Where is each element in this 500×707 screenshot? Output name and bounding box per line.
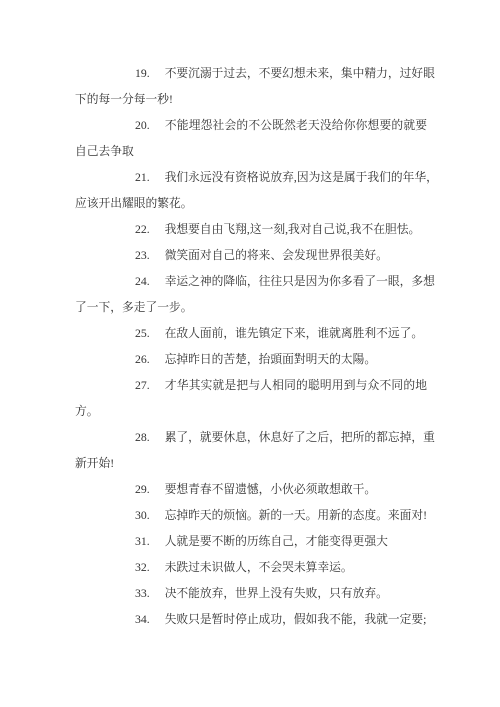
quote-line: 27.才华其实就是把与人相同的聪明用到与众不同的地 [75,373,427,399]
quote-line: 24.幸运之神的降临，往往只是因为你多看了一眼，多想 [75,269,427,295]
quote-text: 累了，就要休息，休息好了之后，把所的都忘掉，重 [165,431,435,444]
quote-text: 在敌人面前，谁先镇定下来，谁就离胜利不远了。 [165,327,424,340]
quote-number: 34. [135,613,150,626]
quote-item: 33.决不能放弃，世界上没有失败，只有放弃。 [75,581,427,607]
quote-line: 28.累了，就要休息，休息好了之后，把所的都忘掉，重 [75,425,427,451]
quote-number: 31. [135,535,150,548]
quote-number: 23. [135,249,150,262]
quote-item: 26.忘掉昨日的苦楚，抬頭面對明天的太陽。 [75,347,427,373]
quote-line: 32.未跌过未识做人，不会哭未算幸运。 [75,555,427,581]
document-page: 19.不要沉溺于过去，不要幻想未来，集中精力，过好眼下的每一分每一秒!20.不能… [0,0,500,707]
quote-text: 我想要自由飞翔,这一刻,我对自己说,我不在胆怯。 [165,223,421,236]
quote-item: 24.幸运之神的降临，往往只是因为你多看了一眼，多想了一下，多走了一步。 [75,269,427,321]
quote-number: 33. [135,587,150,600]
quote-text: 忘掉昨天的烦恼。新的一天。用新的态度。来面对! [165,509,427,522]
quote-line: 下的每一分每一秒! [75,87,427,113]
quote-text: 幸运之神的降临，往往只是因为你多看了一眼，多想 [165,275,435,288]
quote-line: 19.不要沉溺于过去，不要幻想未来，集中精力，过好眼 [75,61,427,87]
quote-number: 25. [135,327,150,340]
quote-item: 21.我们永远没有资格说放弃,因为这是属于我们的年华，应该开出耀眼的繁花。 [75,165,427,217]
quote-text: 忘掉昨日的苦楚，抬頭面對明天的太陽。 [165,353,377,366]
quote-number: 30. [135,509,150,522]
quote-item: 19.不要沉溺于过去，不要幻想未来，集中精力，过好眼下的每一分每一秒! [75,61,427,113]
quote-number: 19. [135,67,150,80]
quote-number: 29. [135,483,150,496]
quote-line: 25.在敌人面前，谁先镇定下来，谁就离胜利不远了。 [75,321,427,347]
quote-text: 不要沉溺于过去，不要幻想未来，集中精力，过好眼 [165,67,435,80]
quote-item: 22.我想要自由飞翔,这一刻,我对自己说,我不在胆怯。 [75,217,427,243]
quote-line: 了一下，多走了一步。 [75,295,427,321]
quote-line: 自己去争取 [75,139,427,165]
quote-number: 24. [135,275,150,288]
quote-number: 26. [135,353,150,366]
quote-line: 方。 [75,399,427,425]
quote-text: 微笑面对自己的将来、会发现世界很美好。 [165,249,388,262]
quote-text: 才华其实就是把与人相同的聪明用到与众不同的地 [165,379,427,392]
quote-item: 29.要想青春不留遗憾，小伙必须敢想敢干。 [75,477,427,503]
quote-number: 32. [135,561,150,574]
quote-item: 31.人就是要不断的历练自己，才能变得更强大 [75,529,427,555]
quote-text: 未跌过未识做人，不会哭未算幸运。 [165,561,353,574]
quote-text: 人就是要不断的历练自己，才能变得更强大 [165,535,388,548]
quote-item: 30.忘掉昨天的烦恼。新的一天。用新的态度。来面对! [75,503,427,529]
quote-number: 27. [135,379,150,392]
quote-text: 自己去争取 [75,145,134,158]
quote-text: 我们永远没有资格说放弃,因为这是属于我们的年华， [165,171,438,184]
quote-list: 19.不要沉溺于过去，不要幻想未来，集中精力，过好眼下的每一分每一秒!20.不能… [75,61,427,633]
quote-line: 22.我想要自由飞翔,这一刻,我对自己说,我不在胆怯。 [75,217,427,243]
quote-line: 20.不能埋怨社会的不公既然老天没给你你想要的就要 [75,113,427,139]
quote-text: 要想青春不留遗憾，小伙必须敢想敢干。 [165,483,377,496]
quote-line: 34.失败只是暂时停止成功，假如我不能，我就一定要; [75,607,427,633]
quote-text: 不能埋怨社会的不公既然老天没给你你想要的就要 [165,119,427,132]
quote-line: 21.我们永远没有资格说放弃,因为这是属于我们的年华， [75,165,427,191]
quote-number: 21. [135,171,150,184]
quote-number: 22. [135,223,150,236]
quote-item: 32.未跌过未识做人，不会哭未算幸运。 [75,555,427,581]
quote-item: 28.累了，就要休息，休息好了之后，把所的都忘掉，重新开始! [75,425,427,477]
quote-text: 失败只是暂时停止成功，假如我不能，我就一定要; [165,613,427,626]
quote-text: 决不能放弃，世界上没有失败，只有放弃。 [165,587,388,600]
quote-text: 应该开出耀眼的繁花。 [75,197,193,210]
quote-item: 34.失败只是暂时停止成功，假如我不能，我就一定要; [75,607,427,633]
quote-number: 20. [135,119,150,132]
quote-line: 33.决不能放弃，世界上没有失败，只有放弃。 [75,581,427,607]
quote-item: 27.才华其实就是把与人相同的聪明用到与众不同的地方。 [75,373,427,425]
quote-line: 29.要想青春不留遗憾，小伙必须敢想敢干。 [75,477,427,503]
quote-item: 25.在敌人面前，谁先镇定下来，谁就离胜利不远了。 [75,321,427,347]
quote-text: 了一下，多走了一步。 [75,301,193,314]
quote-item: 20.不能埋怨社会的不公既然老天没给你你想要的就要自己去争取 [75,113,427,165]
quote-text: 新开始! [75,457,114,470]
quote-line: 应该开出耀眼的繁花。 [75,191,427,217]
quote-line: 31.人就是要不断的历练自己，才能变得更强大 [75,529,427,555]
quote-text: 下的每一分每一秒! [75,93,173,106]
quote-line: 23.微笑面对自己的将来、会发现世界很美好。 [75,243,427,269]
quote-text: 方。 [75,405,99,418]
quote-line: 26.忘掉昨日的苦楚，抬頭面對明天的太陽。 [75,347,427,373]
quote-line: 30.忘掉昨天的烦恼。新的一天。用新的态度。来面对! [75,503,427,529]
quote-line: 新开始! [75,451,427,477]
quote-item: 23.微笑面对自己的将来、会发现世界很美好。 [75,243,427,269]
quote-number: 28. [135,431,150,444]
